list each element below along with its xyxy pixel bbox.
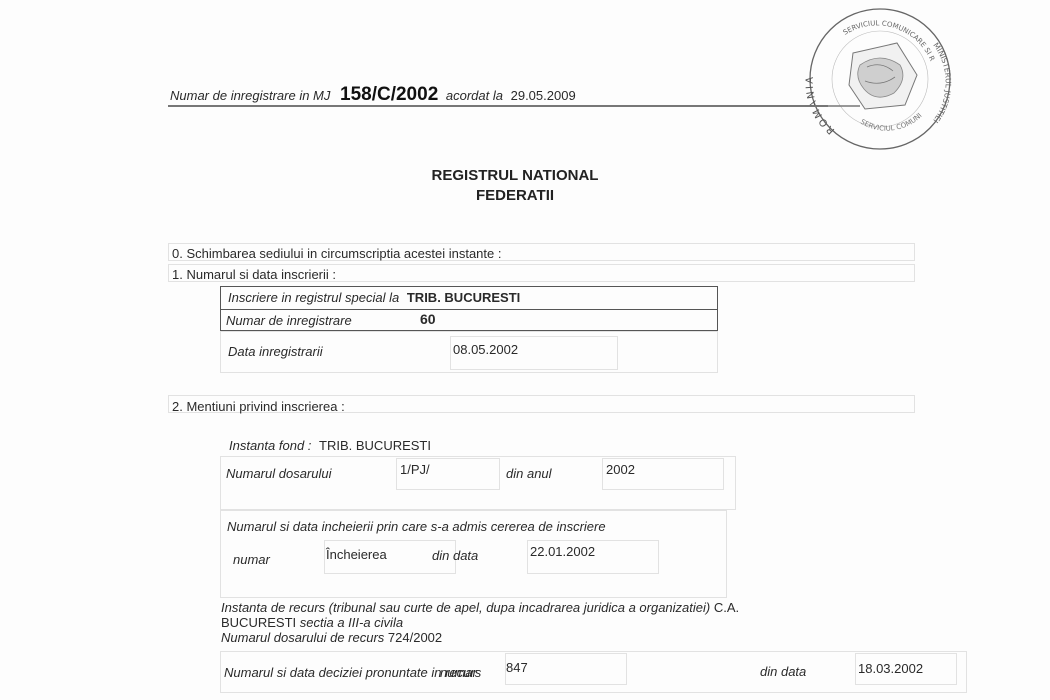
year-value: 2002 [606,462,635,477]
registration-header: Numar de inregistrare in MJ 158/C/2002 a… [170,84,576,106]
decision-number-value: 847 [506,660,528,675]
court-value: TRIB. BUCURESTI [319,438,431,453]
registry-row: Inscriere in registrul special la TRIB. … [228,290,520,305]
appeal-court-line-2: BUCURESTI sectia a III-a civila [221,615,403,630]
title-line-2: FEDERATII [0,186,1030,206]
ruling-date-label: din data [432,548,478,563]
appeal-file-line: Numarul dosarului de recurs 724/2002 [221,630,442,645]
section-2-label: 2. Mentiuni privind inscrierea : [172,399,345,414]
registration-number-label: Numar de inregistrare [226,313,352,328]
appeal-court-line: Instanta de recurs (tribunal sau curte d… [221,600,739,615]
appeal-court-label: Instanta de recurs (tribunal sau curte d… [221,600,710,615]
registry-value: TRIB. BUCURESTI [407,290,520,305]
decision-date-label: din data [760,664,806,679]
appeal-section: sectia a III-a civila [300,615,403,630]
registration-date-label: Data inregistrarii [228,344,323,359]
registration-number: 158/C/2002 [340,84,438,105]
year-label: din anul [506,466,552,481]
svg-text:MINISTERUL JUSTITIEI: MINISTERUL JUSTITIEI [931,41,953,125]
appeal-file-value: 724/2002 [388,630,442,645]
appeal-court-value-1: C.A. [714,600,739,615]
section-0-label: 0. Schimbarea sediului in circumscriptia… [172,246,501,261]
court-label: Instanta fond : [229,438,311,453]
ruling-heading: Numarul si data incheierii prin care s-a… [227,519,606,534]
section-1-label: 1. Numarul si data inscrierii : [172,267,336,282]
title-line-1: REGISTRUL NATIONAL [0,166,1030,186]
decision-date-value: 18.03.2002 [858,661,923,676]
registration-date-value: 08.05.2002 [453,342,518,357]
appeal-file-label: Numarul dosarului de recurs [221,630,384,645]
granted-label: acordat la [446,88,503,103]
registration-label: Numar de inregistrare in MJ [170,88,330,103]
document-title: REGISTRUL NATIONAL FEDERATII [0,166,1030,206]
registration-number-value: 60 [420,311,436,327]
official-stamp-icon: ROMANIA SERVICIUL COMUNICARE SI RELATII … [805,5,955,153]
decision-number-label: numar [440,665,477,680]
file-number-value: 1/PJ/ [400,462,430,477]
court-row: Instanta fond : TRIB. BUCURESTI [229,438,431,453]
ruling-number-label: numar [233,552,270,567]
ruling-number-value: Încheierea [326,547,387,562]
registry-label: Inscriere in registrul special la [228,290,399,305]
header-divider [168,105,828,107]
granted-date: 29.05.2009 [511,88,576,103]
ruling-date-value: 22.01.2002 [530,544,595,559]
file-number-label: Numarul dosarului [226,466,332,481]
appeal-court-value-2: BUCURESTI [221,615,296,630]
